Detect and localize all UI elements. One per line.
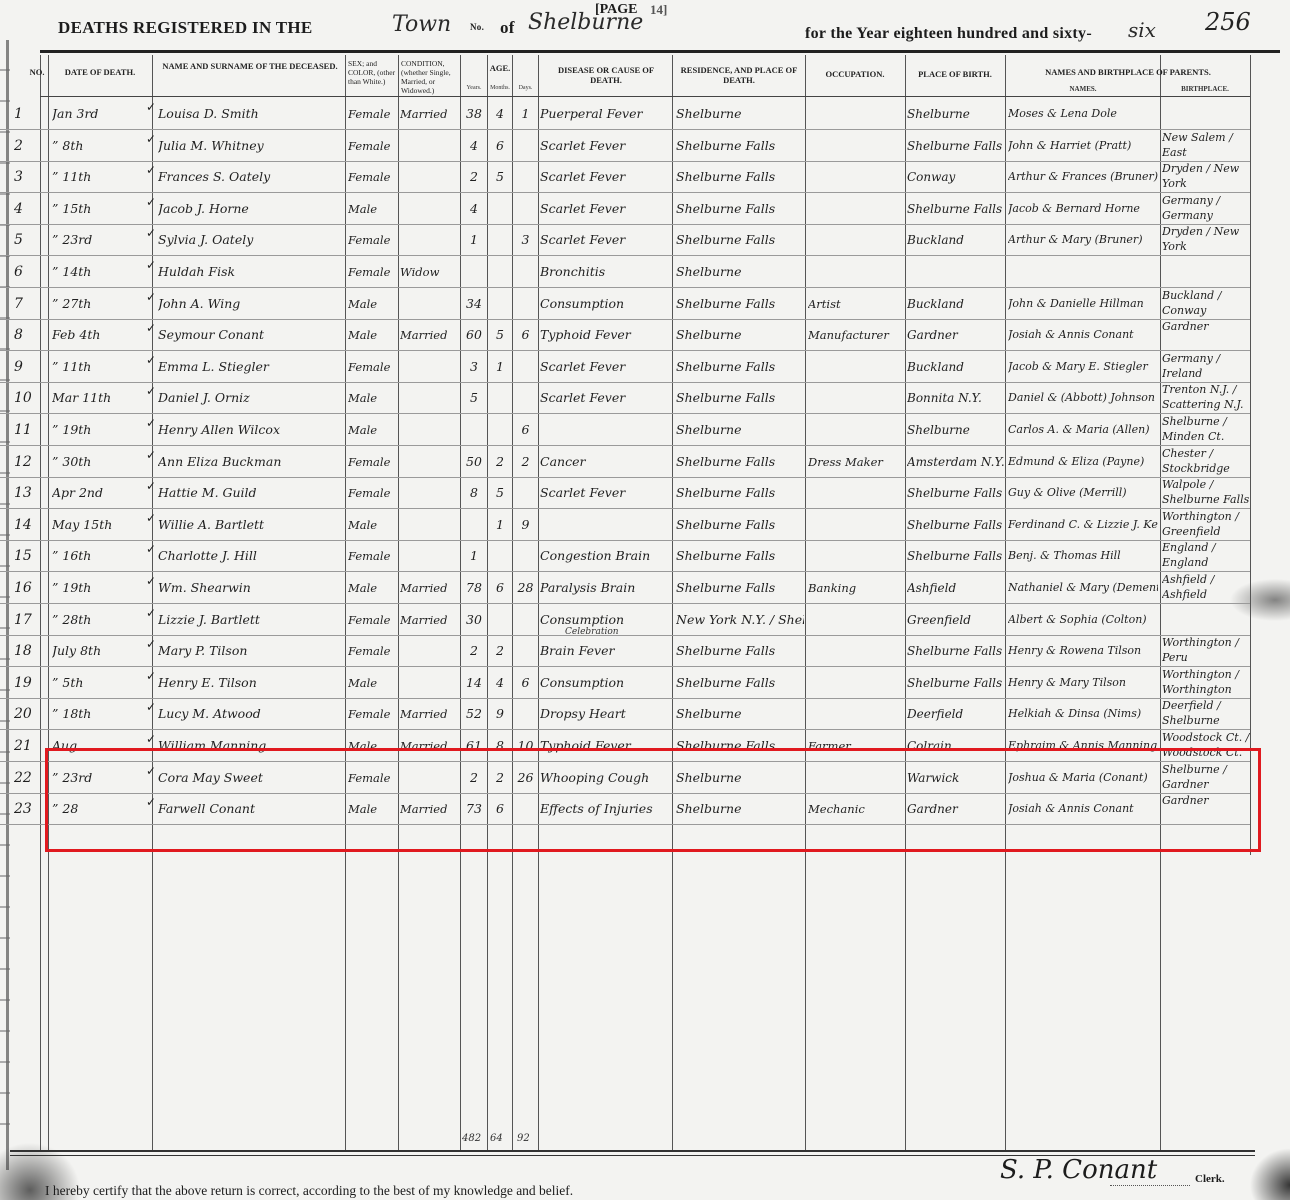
parents-birthplace: Worthington / Greenfield: [1162, 509, 1250, 540]
parents-birthplace: Shelburne / Gardner: [1162, 762, 1250, 793]
parents-names: Daniel & (Abbott) Johnson: [1008, 382, 1158, 413]
year-suffix: six: [1128, 18, 1156, 42]
condition: Married: [400, 98, 460, 129]
record-number: 8: [14, 319, 44, 350]
sex: Female: [348, 540, 398, 571]
sex: Male: [348, 509, 398, 540]
age-months: 5: [488, 319, 512, 350]
col-age-years: Years.: [461, 85, 487, 91]
table-row: ✓17” 28thLizzie J. BartlettFemaleMarried…: [0, 604, 1250, 636]
place-of-birth: Greenfield: [907, 604, 1004, 635]
sex: Female: [348, 604, 398, 635]
table-row: ✓4” 15thJacob J. HorneMale4Scarlet Fever…: [0, 193, 1250, 225]
parents-names: Josiah & Annis Conant: [1008, 793, 1158, 824]
sex: Female: [348, 762, 398, 793]
date-of-death: ” 16th: [52, 540, 148, 571]
deceased-name: Emma L. Stiegler: [158, 351, 343, 382]
parents-birthplace: Shelburne / Minden Ct.: [1162, 414, 1250, 445]
date-of-death: ” 27th: [52, 288, 148, 319]
sex: Male: [348, 193, 398, 224]
col-parents-names: NAMES.: [1008, 85, 1158, 93]
sex: Male: [348, 414, 398, 445]
deceased-name: Henry E. Tilson: [158, 667, 343, 698]
record-number: 19: [14, 667, 44, 698]
record-number: 10: [14, 382, 44, 413]
parents-birthplace: [1162, 98, 1250, 129]
condition: Widow: [400, 256, 460, 287]
place-of-birth: Shelburne Falls: [907, 667, 1004, 698]
record-number: 22: [14, 762, 44, 793]
age-months: 6: [488, 130, 512, 161]
date-of-death: ” 11th: [52, 161, 148, 192]
col-age-days: Days.: [513, 85, 538, 91]
age-years: 78: [461, 572, 487, 603]
no-label: No.: [470, 22, 484, 32]
total-days: 92: [517, 1133, 530, 1144]
table-row: ✓22” 23rdCora May SweetFemale2226Whoopin…: [0, 762, 1250, 794]
parents-birthplace: New Salem / East Charlemont: [1162, 130, 1250, 161]
date-of-death: ” 28: [52, 793, 148, 824]
place-of-birth: Buckland: [907, 224, 1004, 255]
sex: Male: [348, 319, 398, 350]
record-number: 20: [14, 698, 44, 729]
age-days: 6: [513, 667, 538, 698]
residence: Shelburne Falls: [676, 193, 804, 224]
deceased-name: Cora May Sweet: [158, 762, 343, 793]
table-row: ✓11” 19thHenry Allen WilcoxMale6Shelburn…: [0, 414, 1250, 446]
residence: Shelburne Falls: [676, 351, 804, 382]
age-months: [488, 604, 512, 635]
age-years: 5: [461, 382, 487, 413]
condition: Married: [400, 793, 460, 824]
col-parents-birthplace: BIRTHPLACE.: [1162, 85, 1248, 93]
deceased-name: Farwell Conant: [158, 793, 343, 824]
clerk-signature: S. P. Conant: [1000, 1155, 1157, 1185]
table-row: ✓13Apr 2ndHattie M. GuildFemale85Scarlet…: [0, 477, 1250, 509]
age-days: 2: [513, 446, 538, 477]
place-of-birth: Gardner: [907, 793, 1004, 824]
record-number: 17: [14, 604, 44, 635]
sex: Male: [348, 793, 398, 824]
date-of-death: May 15th: [52, 509, 148, 540]
age-months: 1: [488, 509, 512, 540]
deceased-name: Julia M. Whitney: [158, 130, 343, 161]
col-age-months: Months.: [488, 85, 512, 91]
deceased-name: Jacob J. Horne: [158, 193, 343, 224]
deceased-name: Frances S. Oately: [158, 161, 343, 192]
record-number: 11: [14, 414, 44, 445]
place-of-birth: [907, 256, 1004, 287]
folio-number: 256: [1205, 8, 1251, 36]
condition: [400, 509, 460, 540]
place-of-birth: Bonnita N.Y.: [907, 382, 1004, 413]
parents-names: Albert & Sophia (Colton): [1008, 604, 1158, 635]
cause-of-death: Scarlet Fever: [540, 382, 670, 413]
sex: Female: [348, 98, 398, 129]
place-of-birth: Shelburne: [907, 414, 1004, 445]
parents-birthplace: Trenton N.J. / Scattering N.J.: [1162, 382, 1250, 413]
table-row: ✓9” 11thEmma L. StieglerFemale31Scarlet …: [0, 351, 1250, 383]
record-number: 3: [14, 161, 44, 192]
register-page: DEATHS REGISTERED IN THE Town No. of She…: [0, 0, 1290, 1200]
age-days: [513, 288, 538, 319]
parents-names: Henry & Mary Tilson: [1008, 667, 1158, 698]
cause-of-death: Whooping Cough: [540, 762, 670, 793]
sex: Female: [348, 161, 398, 192]
condition: Married: [400, 730, 460, 761]
parents-birthplace: Chester / Stockbridge: [1162, 446, 1250, 477]
occupation: [808, 698, 904, 729]
place-of-birth: Deerfield: [907, 698, 1004, 729]
parents-names: Moses & Lena Dole: [1008, 98, 1158, 129]
date-of-death: ” 23rd: [52, 224, 148, 255]
residence: New York N.Y. / Shelburne Falls: [676, 604, 804, 635]
age-years: 34: [461, 288, 487, 319]
occupation: Dress Maker: [808, 446, 904, 477]
date-of-death: ” 15th: [52, 193, 148, 224]
place-of-birth: Warwick: [907, 762, 1004, 793]
deceased-name: Wm. Shearwin: [158, 572, 343, 603]
age-years: 52: [461, 698, 487, 729]
age-years: [461, 509, 487, 540]
age-months: 2: [488, 762, 512, 793]
table-row: ✓1Jan 3rdLouisa D. SmithFemaleMarried384…: [0, 98, 1250, 130]
condition: Married: [400, 604, 460, 635]
cause-of-death: Paralysis Brain: [540, 572, 670, 603]
cause-of-death: Congestion Brain: [540, 540, 670, 571]
cause-of-death: Bronchitis: [540, 256, 670, 287]
residence: Shelburne Falls: [676, 509, 804, 540]
table-row: ✓2” 8thJulia M. WhitneyFemale46Scarlet F…: [0, 130, 1250, 162]
parents-names: Jacob & Bernard Horne: [1008, 193, 1158, 224]
table-row: ✓14May 15thWillie A. BartlettMale19Shelb…: [0, 509, 1250, 541]
parents-birthplace: Germany / Germany: [1162, 193, 1250, 224]
deceased-name: Huldah Fisk: [158, 256, 343, 287]
place-of-birth: Gardner: [907, 319, 1004, 350]
year-prefix: for the Year eighteen hundred and sixty-: [805, 25, 1092, 43]
sex: Male: [348, 288, 398, 319]
age-years: 2: [461, 635, 487, 666]
record-number: 15: [14, 540, 44, 571]
age-months: [488, 193, 512, 224]
deceased-name: John A. Wing: [158, 288, 343, 319]
condition: [400, 446, 460, 477]
total-years: 482: [462, 1133, 481, 1144]
occupation: [808, 477, 904, 508]
table-row: ✓18July 8thMary P. TilsonFemale22Brain F…: [0, 635, 1250, 667]
age-years: 73: [461, 793, 487, 824]
residence: Shelburne: [676, 414, 804, 445]
date-of-death: ” 5th: [52, 667, 148, 698]
age-months: [488, 382, 512, 413]
cause-of-death: Consumption: [540, 288, 670, 319]
age-days: 1: [513, 98, 538, 129]
municipality-type: Town: [392, 12, 451, 37]
age-months: 1: [488, 351, 512, 382]
parents-names: Nathaniel & Mary (Dement): [1008, 572, 1158, 603]
place-of-birth: Shelburne Falls: [907, 130, 1004, 161]
age-days: 26: [513, 762, 538, 793]
date-of-death: Aug: [52, 730, 148, 761]
record-number: 1: [14, 98, 44, 129]
sex: Female: [348, 635, 398, 666]
condition: [400, 667, 460, 698]
deceased-name: Lucy M. Atwood: [158, 698, 343, 729]
cause-of-death: [540, 509, 670, 540]
occupation: Manufacturer: [808, 319, 904, 350]
col-age: AGE.: [462, 63, 538, 73]
sex: Female: [348, 256, 398, 287]
deceased-name: Daniel J. Orniz: [158, 382, 343, 413]
page-label: [PAGE: [595, 2, 638, 18]
record-number: 5: [14, 224, 44, 255]
cause-of-death: Scarlet Fever: [540, 130, 670, 161]
residence: Shelburne Falls: [676, 382, 804, 413]
parents-birthplace: [1162, 604, 1250, 635]
record-number: 23: [14, 793, 44, 824]
col-occupation: OCCUPATION.: [808, 69, 902, 79]
age-years: 1: [461, 540, 487, 571]
cause-of-death: [540, 414, 670, 445]
age-days: [513, 540, 538, 571]
date-of-death: ” 28th: [52, 604, 148, 635]
header-rule: [40, 50, 1280, 53]
sex: Male: [348, 572, 398, 603]
total-months: 64: [490, 1133, 503, 1144]
place-of-birth: Ashfield: [907, 572, 1004, 603]
cause-of-death: Typhoid Fever: [540, 730, 670, 761]
occupation: [808, 351, 904, 382]
condition: [400, 540, 460, 571]
parents-names: Josiah & Annis Conant: [1008, 319, 1158, 350]
parents-names: Benj. & Thomas Hill: [1008, 540, 1158, 571]
disease-annotation: Celebration: [565, 627, 619, 637]
parents-birthplace: Worthington / Peru: [1162, 635, 1250, 666]
age-days: [513, 793, 538, 824]
age-months: [488, 288, 512, 319]
sex: Female: [348, 224, 398, 255]
age-years: 4: [461, 130, 487, 161]
col-sex: SEX; and COLOR, (other than White.): [348, 59, 396, 86]
col-condition: CONDITION, (whether Single, Married, or …: [401, 59, 459, 95]
date-of-death: ” 19th: [52, 572, 148, 603]
deceased-name: William Manning: [158, 730, 343, 761]
age-days: [513, 193, 538, 224]
header-bottom-rule: [40, 96, 1250, 97]
cause-of-death: Brain Fever: [540, 635, 670, 666]
date-of-death: ” 23rd: [52, 762, 148, 793]
residence: Shelburne Falls: [676, 161, 804, 192]
col-residence: RESIDENCE, AND PLACE OF DEATH.: [676, 65, 802, 85]
parents-names: Jacob & Mary E. Stiegler: [1008, 351, 1158, 382]
age-years: 1: [461, 224, 487, 255]
residence: Shelburne Falls: [676, 540, 804, 571]
occupation: [808, 540, 904, 571]
parents-birthplace: Germany / Ireland: [1162, 351, 1250, 382]
age-days: 6: [513, 319, 538, 350]
age-days: 9: [513, 509, 538, 540]
table-row: ✓23” 28Farwell ConantMaleMarried736Effec…: [0, 793, 1250, 825]
place-of-birth: Shelburne Falls: [907, 540, 1004, 571]
place-of-birth: Buckland: [907, 288, 1004, 319]
parents-birthplace: Walpole / Shelburne Falls: [1162, 477, 1250, 508]
age-months: [488, 540, 512, 571]
col-no: NO.: [22, 67, 52, 77]
age-days: [513, 635, 538, 666]
residence: Shelburne Falls: [676, 130, 804, 161]
place-of-birth: Shelburne Falls: [907, 635, 1004, 666]
parents-names: Arthur & Mary (Bruner): [1008, 224, 1158, 255]
parents-birthplace: Dryden / New York: [1162, 224, 1250, 255]
page-number: 14]: [650, 2, 667, 18]
sex: Male: [348, 730, 398, 761]
occupation: [808, 256, 904, 287]
sex: Male: [348, 382, 398, 413]
age-months: 8: [488, 730, 512, 761]
sex: Female: [348, 698, 398, 729]
occupation: [808, 604, 904, 635]
parents-names: Ferdinand C. & Lizzie J. Kelly: [1008, 509, 1158, 540]
cause-of-death: Puerperal Fever: [540, 98, 670, 129]
record-number: 18: [14, 635, 44, 666]
residence: Shelburne: [676, 762, 804, 793]
col-date: DATE OF DEATH.: [52, 67, 148, 77]
age-days: [513, 382, 538, 413]
table-row: ✓6” 14thHuldah FiskFemaleWidowBronchitis…: [0, 256, 1250, 288]
signature-line: [1110, 1185, 1190, 1186]
date-of-death: Mar 11th: [52, 382, 148, 413]
condition: [400, 477, 460, 508]
occupation: Banking: [808, 572, 904, 603]
parents-birthplace: Worthington / Worthington: [1162, 667, 1250, 698]
clerk-label: Clerk.: [1195, 1173, 1225, 1185]
age-days: [513, 161, 538, 192]
condition: [400, 130, 460, 161]
residence: Shelburne Falls: [676, 730, 804, 761]
age-months: 9: [488, 698, 512, 729]
sex: Female: [348, 446, 398, 477]
age-months: 5: [488, 161, 512, 192]
date-of-death: Feb 4th: [52, 319, 148, 350]
deceased-name: Henry Allen Wilcox: [158, 414, 343, 445]
place-of-birth: Amsterdam N.Y.: [907, 446, 1004, 477]
parents-birthplace: England / England: [1162, 540, 1250, 571]
record-number: 13: [14, 477, 44, 508]
deceased-name: Ann Eliza Buckman: [158, 446, 343, 477]
certification-text: I hereby certify that the above return i…: [45, 1183, 573, 1199]
date-of-death: Jan 3rd: [52, 98, 148, 129]
sex: Female: [348, 130, 398, 161]
condition: Married: [400, 698, 460, 729]
deceased-name: Charlotte J. Hill: [158, 540, 343, 571]
occupation: Mechanic: [808, 793, 904, 824]
deceased-name: Mary P. Tilson: [158, 635, 343, 666]
condition: [400, 351, 460, 382]
condition: [400, 635, 460, 666]
age-months: 5: [488, 477, 512, 508]
age-years: 14: [461, 667, 487, 698]
parents-birthplace: Ashfield / Ashfield: [1162, 572, 1250, 603]
condition: [400, 224, 460, 255]
date-of-death: July 8th: [52, 635, 148, 666]
cause-of-death: Scarlet Fever: [540, 224, 670, 255]
col-name: NAME AND SURNAME OF THE DECEASED.: [160, 61, 340, 71]
age-days: 6: [513, 414, 538, 445]
condition: [400, 161, 460, 192]
parents-names: Carlos A. & Maria (Allen): [1008, 414, 1158, 445]
residence: Shelburne: [676, 256, 804, 287]
condition: Married: [400, 572, 460, 603]
occupation: [808, 382, 904, 413]
record-number: 6: [14, 256, 44, 287]
condition: [400, 414, 460, 445]
table-row: ✓5” 23rdSylvia J. OatelyFemale13Scarlet …: [0, 224, 1250, 256]
occupation: [808, 193, 904, 224]
sex: Female: [348, 351, 398, 382]
col-disease: DISEASE OR CAUSE OF DEATH.: [545, 65, 667, 85]
place-of-birth: Shelburne: [907, 98, 1004, 129]
age-days: [513, 256, 538, 287]
cause-of-death: Scarlet Fever: [540, 477, 670, 508]
residence: Shelburne Falls: [676, 446, 804, 477]
date-of-death: ” 8th: [52, 130, 148, 161]
date-of-death: ” 30th: [52, 446, 148, 477]
age-years: 3: [461, 351, 487, 382]
residence: Shelburne Falls: [676, 635, 804, 666]
parents-names: [1008, 256, 1158, 287]
occupation: [808, 161, 904, 192]
occupation: [808, 98, 904, 129]
age-years: 2: [461, 161, 487, 192]
cause-of-death: Scarlet Fever: [540, 161, 670, 192]
parents-birthplace: Gardner: [1162, 319, 1250, 350]
table-row: ✓21AugWilliam ManningMaleMarried61810Typ…: [0, 730, 1250, 762]
parents-names: Ephraim & Annis Manning: [1008, 730, 1158, 761]
date-of-death: Apr 2nd: [52, 477, 148, 508]
age-days: 28: [513, 572, 538, 603]
cause-of-death: Effects of Injuries: [540, 793, 670, 824]
residence: Shelburne: [676, 698, 804, 729]
table-row: ✓15” 16thCharlotte J. HillFemale1Congest…: [0, 540, 1250, 572]
deceased-name: Louisa D. Smith: [158, 98, 343, 129]
record-number: 4: [14, 193, 44, 224]
age-years: 61: [461, 730, 487, 761]
age-days: [513, 477, 538, 508]
parents-names: Guy & Olive (Merrill): [1008, 477, 1158, 508]
table-row: ✓20” 18thLucy M. AtwoodFemaleMarried529D…: [0, 698, 1250, 730]
condition: [400, 762, 460, 793]
place-of-birth: Shelburne Falls: [907, 509, 1004, 540]
record-number: 14: [14, 509, 44, 540]
age-months: 2: [488, 635, 512, 666]
occupation: [808, 762, 904, 793]
residence: Shelburne: [676, 319, 804, 350]
age-years: 30: [461, 604, 487, 635]
table-row: ✓7” 27thJohn A. WingMale34ConsumptionShe…: [0, 288, 1250, 320]
place-of-birth: Shelburne Falls: [907, 193, 1004, 224]
age-months: [488, 414, 512, 445]
age-months: 4: [488, 98, 512, 129]
age-months: [488, 256, 512, 287]
record-number: 9: [14, 351, 44, 382]
sex: Female: [348, 477, 398, 508]
col-parents: NAMES AND BIRTHPLACE OF PARENTS.: [1008, 67, 1248, 77]
age-months: 2: [488, 446, 512, 477]
age-years: 4: [461, 193, 487, 224]
age-months: 4: [488, 667, 512, 698]
age-years: [461, 256, 487, 287]
deceased-name: Lizzie J. Bartlett: [158, 604, 343, 635]
